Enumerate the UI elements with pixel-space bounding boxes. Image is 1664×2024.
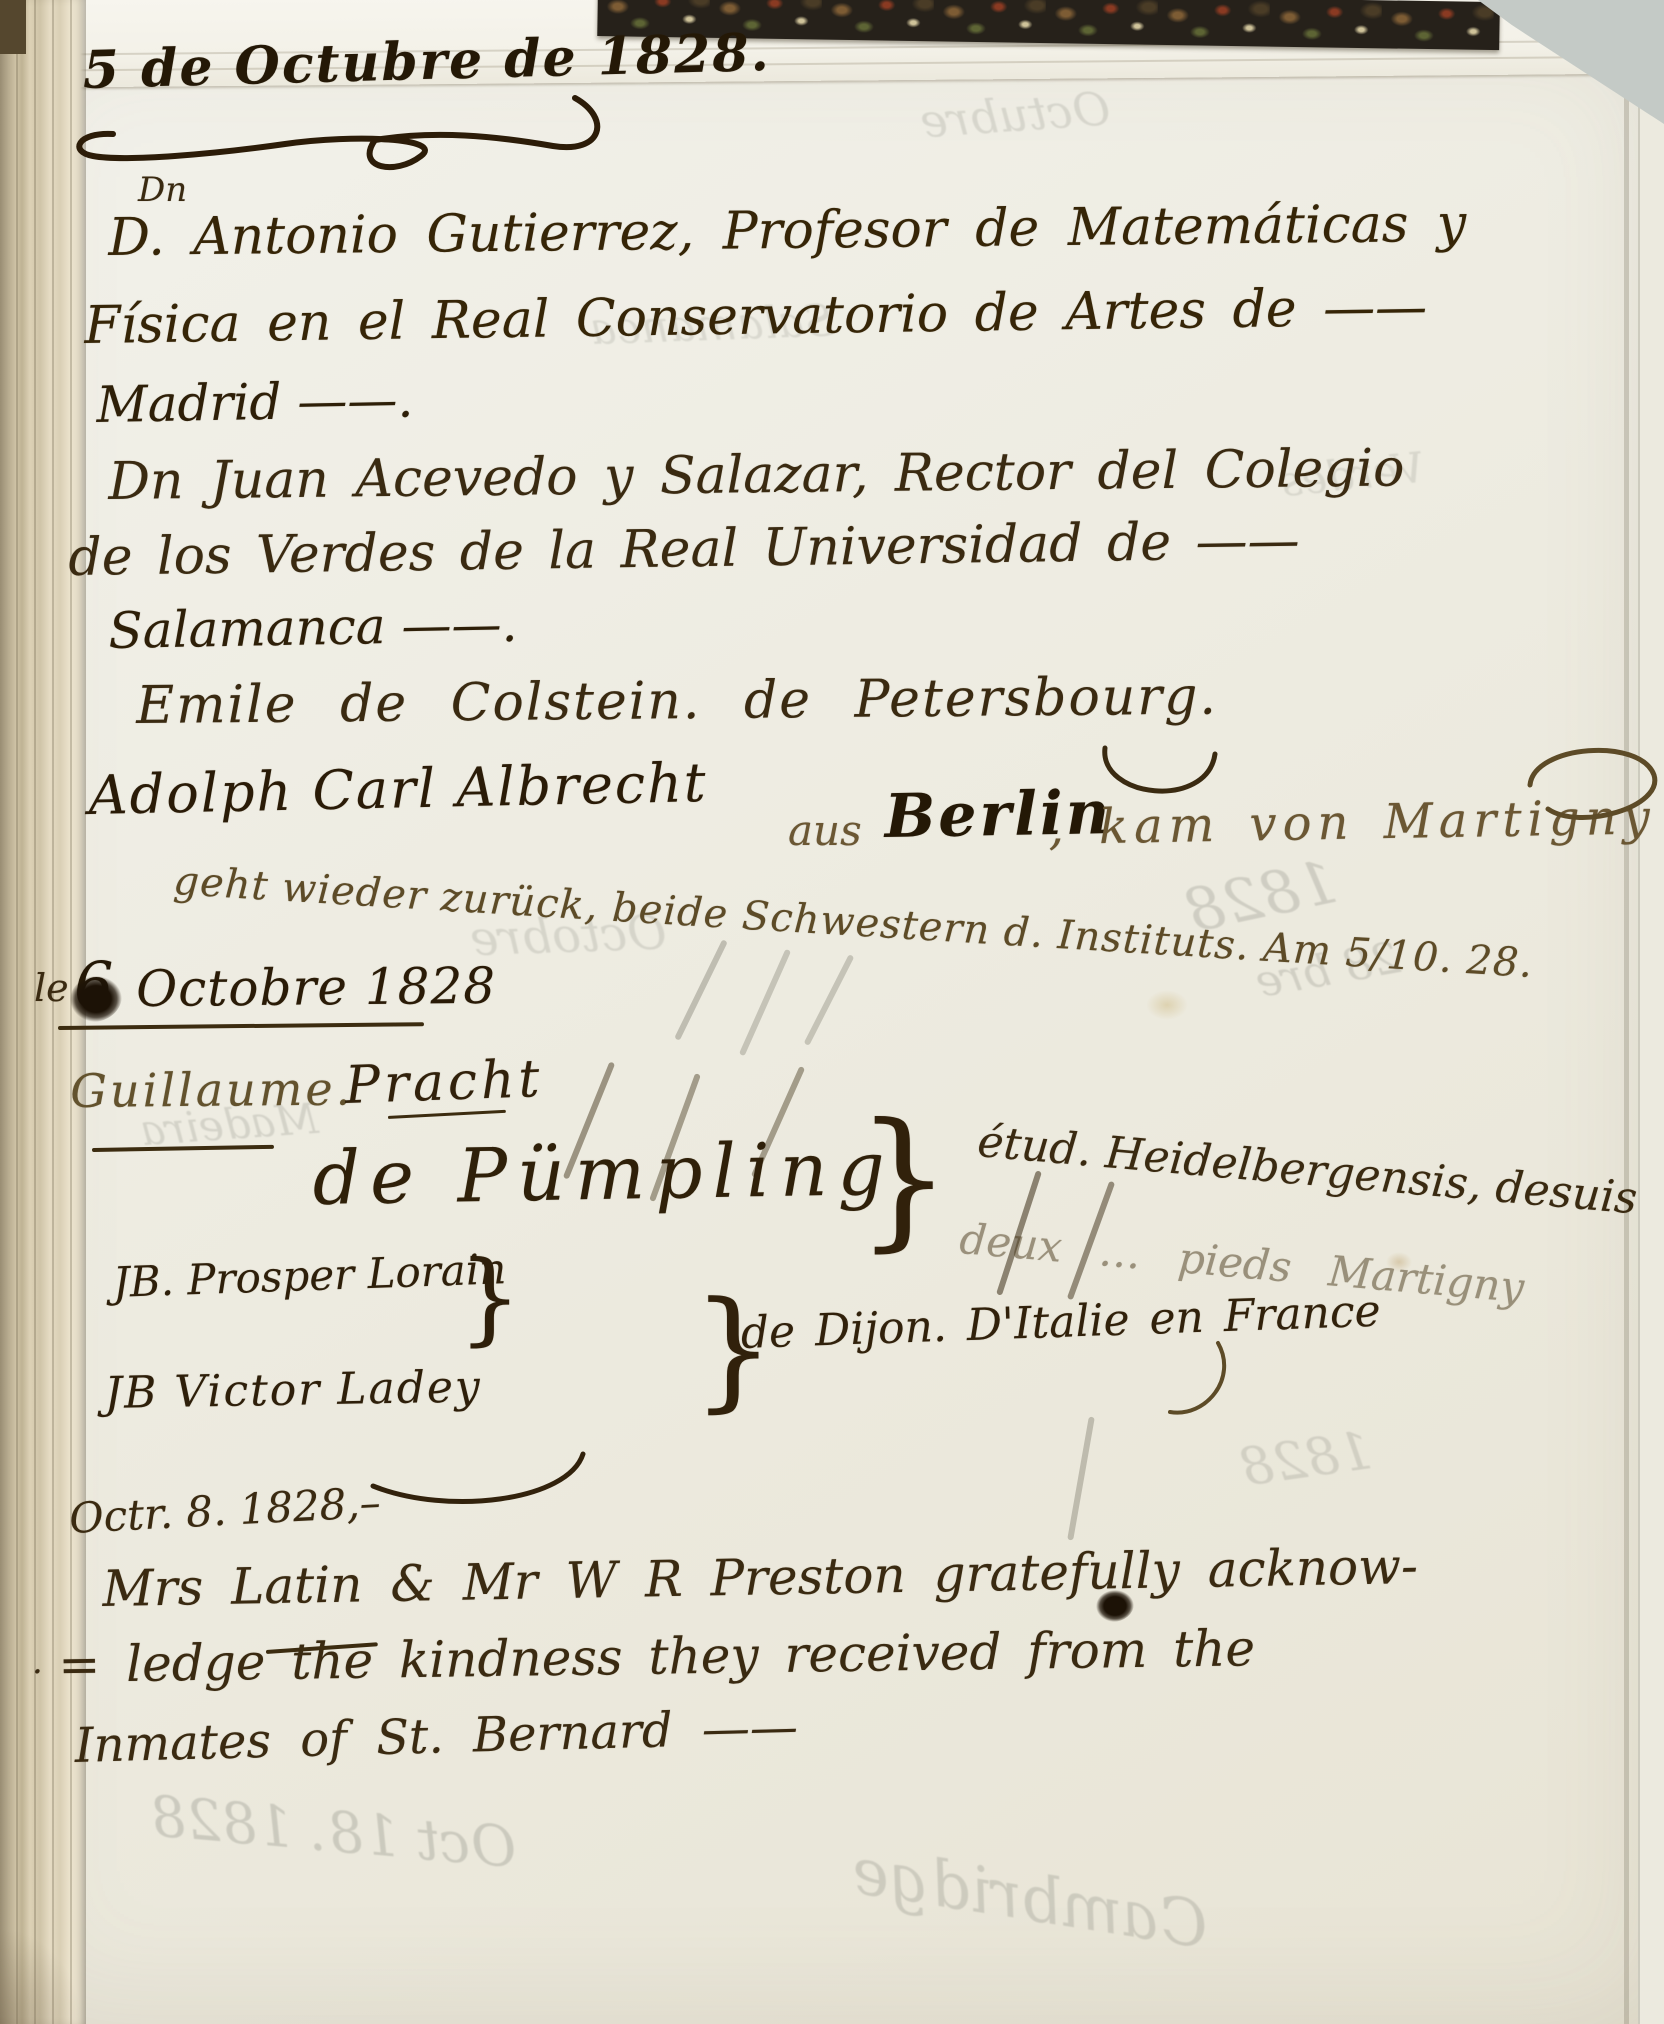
entry-pracht-brace: }: [856, 1104, 951, 1254]
signature-swash: [358, 1446, 598, 1516]
date-heading-oct6-rest: Octobre 1828: [136, 957, 496, 1018]
heading-flourish-path: [79, 98, 597, 167]
manuscript-page: Octubre Salamanca Verdes 1828 28 bre Oct…: [0, 0, 1664, 2024]
entry-pracht-lastname: Pracht: [344, 1049, 544, 1116]
edge-loop-flourish: [1520, 735, 1664, 835]
binding-tip: [0, 0, 26, 54]
edge-loop-path: [1530, 750, 1655, 817]
entry-albrecht-aus: aus: [788, 806, 862, 855]
entry-gutierrez-line3: Madrid ——.: [96, 370, 414, 434]
paper-stain: [1146, 990, 1188, 1020]
word-tail-path: [1170, 1343, 1224, 1413]
word-tail-flourish: [1158, 1338, 1238, 1428]
entry-pracht-firstname: Guillaume.: [70, 1062, 353, 1118]
right-page-crease: [1624, 40, 1629, 2024]
right-page-edge: [1638, 30, 1664, 2024]
date-heading-oct6-le: le: [34, 966, 69, 1010]
entry-gutierrez-superscript: Dn: [138, 170, 187, 210]
descender-loop-path: [1105, 748, 1215, 791]
bottom-left-shadow: [0, 1930, 80, 2024]
entry-acevedo-line3: Salamanca ——.: [108, 595, 518, 660]
entry-ladey-name: JB Victor Ladey: [104, 1361, 482, 1419]
entry-colstein: Emile de Colstein. de Petersbourg.: [136, 667, 1218, 736]
entry-pracht-origin: de Pümpling: [312, 1126, 895, 1222]
entry-albrecht-name: Adolph Carl Albrecht: [88, 751, 708, 827]
entry-lorain-brace: }: [458, 1248, 522, 1348]
signature-swash-path: [373, 1454, 583, 1502]
margin-dot: ·: [32, 1652, 43, 1692]
